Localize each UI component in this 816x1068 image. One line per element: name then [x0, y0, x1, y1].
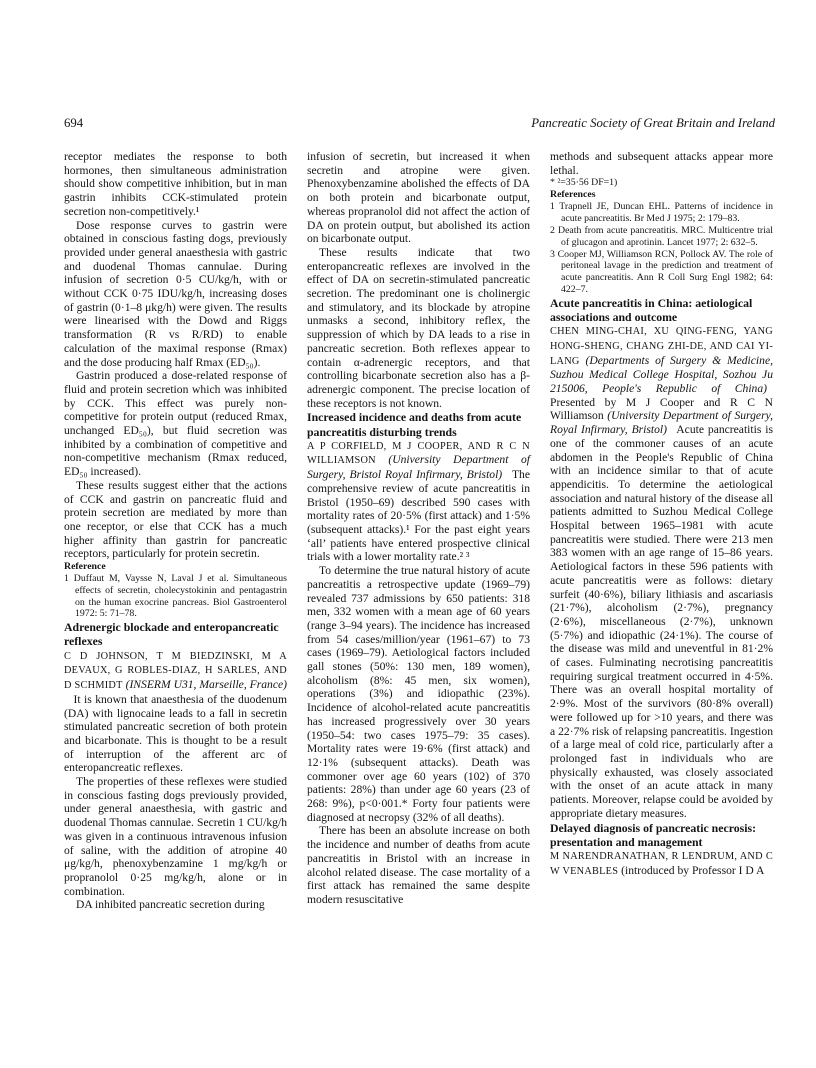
paragraph: Gastrin produced a dose-related response… — [64, 369, 287, 479]
abstract-lead-text: The comprehensive review of acute pancre… — [307, 468, 530, 563]
abstract-authors: A P CORFIELD, M J COOPER, AND R C N WILL… — [307, 439, 530, 564]
journal-page: 694 Pancreatic Society of Great Britain … — [0, 0, 816, 1068]
text-columns: receptor mediates the response to both h… — [64, 150, 775, 912]
paragraph: DA inhibited pancreatic secretion during — [64, 898, 287, 912]
column-3: methods and subsequent attacks appear mo… — [550, 150, 773, 912]
abstract-authors: C D JOHNSON, T M BIEDZINSKI, M A DEVAUX,… — [64, 649, 287, 775]
abstract-title: Delayed diagnosis of pancreatic necrosis… — [550, 821, 773, 849]
abstract-lead-text: Acute pancreatitis is one of the commone… — [550, 423, 773, 820]
references-heading: References — [550, 189, 773, 201]
paragraph: These results indicate that two enteropa… — [307, 246, 530, 410]
reference-heading: Reference — [64, 561, 287, 573]
abstract-title: Adrenergic blockade and enteropancreatic… — [64, 620, 287, 648]
page-number: 694 — [64, 116, 83, 131]
author-affiliation: (INSERM U31, Marseille, France) — [126, 678, 287, 691]
abstract-authors: M NARENDRANATHAN, R LENDRUM, AND C W VEN… — [550, 849, 773, 878]
paragraph: The properties of these reflexes were st… — [64, 775, 287, 898]
paragraph: Dose response curves to gastrin were obt… — [64, 219, 287, 370]
column-2: infusion of secretin, but increased it w… — [307, 150, 530, 912]
paragraph: infusion of secretin, but increased it w… — [307, 150, 530, 246]
reference-entry: 2 Death from acute pancreatitis. MRC. Mu… — [550, 225, 773, 249]
reference-entry: 1 Duffaut M, Vaysse N, Laval J et al. Si… — [64, 573, 287, 620]
reference-entry: 1 Trapnell JE, Duncan EHL. Patterns of i… — [550, 201, 773, 225]
author-affiliation: (Departments of Surgery & Medicine, Suzh… — [550, 354, 773, 395]
abstract-lead-text: (introduced by Professor I D A — [621, 864, 764, 877]
paragraph: receptor mediates the response to both h… — [64, 150, 287, 219]
reference-entry: 3 Cooper MJ, Williamson RCN, Pollock AV.… — [550, 249, 773, 296]
paragraph: These results suggest either that the ac… — [64, 479, 287, 561]
statistics-footnote: * ²=35·56 DF=1) — [550, 177, 773, 189]
abstract-authors: CHEN MING-CHAI, XU QING-FENG, YANG HONG-… — [550, 324, 773, 820]
paragraph: To determine the true natural history of… — [307, 564, 530, 824]
paragraph: methods and subsequent attacks appear mo… — [550, 150, 773, 177]
abstract-title: Increased incidence and deaths from acut… — [307, 410, 530, 438]
abstract-lead-text: It is known that anaesthesia of the duod… — [64, 693, 287, 775]
paragraph: There has been an absolute increase on b… — [307, 824, 530, 906]
abstract-title: Acute pancreatitis in China: aetiologica… — [550, 296, 773, 324]
column-1: receptor mediates the response to both h… — [64, 150, 287, 912]
running-title: Pancreatic Society of Great Britain and … — [531, 116, 775, 131]
page-header: 694 Pancreatic Society of Great Britain … — [64, 116, 775, 131]
